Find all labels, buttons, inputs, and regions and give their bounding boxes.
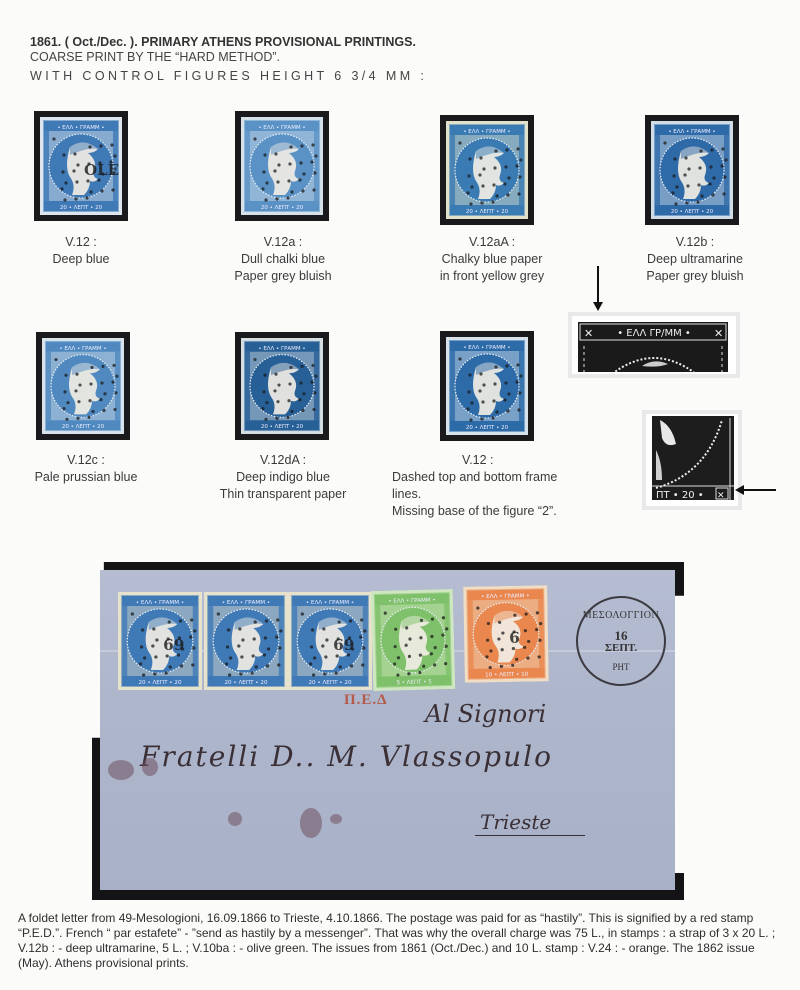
svg-text:20 • ΛΕΠΤ • 20: 20 • ΛΕΠΤ • 20 [60, 205, 103, 211]
svg-text:• ΕΛΛ ΓΡ/ΜΜ •: • ΕΛΛ ΓΡ/ΜΜ • [617, 328, 691, 339]
down-arrow-icon [597, 266, 599, 303]
address-city: Trieste [480, 810, 551, 834]
stamp-caption: V.12b : Deep ultramarine Paper grey blui… [610, 234, 780, 285]
address-line-1: Al Signori [425, 700, 546, 728]
svg-text:OLE: OLE [84, 161, 119, 179]
svg-text:20 • ΛΕΠΤ • 20: 20 • ΛΕΠΤ • 20 [224, 680, 268, 686]
svg-text:• ΕΛΛ • ΓΡΑΜΜ •: • ΕΛΛ • ΓΡΑΜΜ • [306, 600, 354, 606]
address-line-2: Fratelli D.. M. Vlassopulo [140, 740, 553, 773]
city-underline [475, 835, 585, 836]
stamp-mount: • ΕΛΛ • ΓΡΑΜΜ • 20 • ΛΕΠΤ • 20 [235, 332, 329, 440]
cover-stamp: • ΕΛΛ • ΓΡΑΜΜ • 20 • ΛΕΠΤ • 20 [204, 592, 288, 690]
cover-stamp: • ΕΛΛ • ΓΡΑΜΜ • 20 • ΛΕΠΤ • 20 69 [118, 592, 202, 690]
stamp-mount: • ΕΛΛ • ΓΡΑΜΜ • 20 • ΛΕΠΤ • 20 OLE [34, 111, 128, 221]
stamp-image: • ΕΛΛ • ΓΡΑΜΜ • 20 • ΛΕΠΤ • 20 [241, 117, 323, 215]
page-header: 1861. ( Oct./Dec. ). PRIMARY ATHENS PROV… [30, 35, 427, 84]
svg-text:20 • ΛΕΠΤ • 20: 20 • ΛΕΠΤ • 20 [308, 680, 352, 686]
stamp-mount: • ΕΛΛ • ΓΡΑΜΜ • 20 • ΛΕΠΤ • 20 [36, 332, 130, 440]
header-title: 1861. ( Oct./Dec. ). PRIMARY ATHENS PROV… [30, 35, 427, 50]
stamp-caption: V.12aA : Chalky blue paper in front yell… [407, 234, 577, 285]
svg-text:• ΕΛΛ • ΓΡΑΜΜ •: • ΕΛΛ • ΓΡΑΜΜ • [668, 129, 715, 135]
svg-text:69: 69 [163, 636, 184, 654]
ped-red-stamp: Π.Ε.Δ [344, 692, 388, 709]
cover-stamp: • ΕΛΛ • ΓΡΑΜΜ • 10 • ΛΕΠΤ • 10 6 [463, 585, 549, 682]
detail-bottom-frame: ПΤ • 20 • ✕ [642, 410, 742, 510]
stamp-image: • ΕΛΛ • ΓΡΑΜΜ • 20 • ΛΕΠΤ • 20 [42, 338, 124, 434]
svg-text:✕: ✕ [717, 491, 725, 501]
svg-text:20 • ΛΕΠΤ • 20: 20 • ΛΕΠΤ • 20 [466, 209, 509, 215]
stamp-mount: • ΕΛΛ • ΓΡΑΜΜ • 20 • ΛΕΠΤ • 20 [235, 111, 329, 221]
svg-text:10 • ΛΕΠΤ • 10: 10 • ΛΕΠΤ • 10 [485, 672, 529, 679]
stamp-caption: V.12dA : Deep indigo blue Thin transpare… [198, 452, 368, 503]
ink-stain [330, 814, 342, 824]
svg-text:• ΕΛΛ • ΓΡΑΜΜ •: • ΕΛΛ • ΓΡΑΜΜ • [59, 346, 106, 352]
svg-text:20 • ΛΕΠΤ • 20: 20 • ΛΕΠΤ • 20 [261, 424, 304, 430]
detail-top-frame: ✕ ✕ • ΕΛΛ ΓΡ/ΜΜ • [568, 312, 740, 378]
svg-text:5 • ΛΕΠΤ • 5: 5 • ΛΕΠΤ • 5 [396, 679, 432, 686]
svg-text:• ΕΛΛ • ΓΡΑΜΜ •: • ΕΛΛ • ΓΡΑΜΜ • [388, 598, 435, 605]
ink-stain [300, 808, 322, 838]
stamp-caption: V.12 : Deep blue [0, 234, 166, 268]
svg-text:20 • ΛΕΠΤ • 20: 20 • ΛΕΠΤ • 20 [671, 209, 714, 215]
svg-text:• ΕΛΛ • ΓΡΑΜΜ •: • ΕΛΛ • ΓΡΑΜΜ • [481, 593, 530, 600]
svg-text:20 • ΛΕΠΤ • 20: 20 • ΛΕΠΤ • 20 [466, 425, 509, 431]
stamp-mount: • ΕΛΛ • ΓΡΑΜΜ • 20 • ΛΕΠΤ • 20 [440, 115, 534, 225]
stamp-image: • ΕΛΛ • ΓΡΑΜΜ • 20 • ΛΕΠΤ • 20 [241, 338, 323, 434]
postmark-mesologion: ΜΕΣΟΛΟΓΓΙΟΝ 16 ΣΕΠΤ. ΡΗΤ [576, 596, 666, 686]
stamp-caption: V.12c : Pale prussian blue [1, 452, 171, 486]
cover-stamp: • ΕΛΛ • ΓΡΑΜΜ • 5 • ΛΕΠΤ • 5 [371, 589, 456, 691]
ink-stain [108, 760, 134, 780]
svg-text:ПΤ • 20 •: ПΤ • 20 • [656, 490, 704, 501]
svg-text:• ΕΛΛ • ΓΡΑΜΜ •: • ΕΛΛ • ΓΡΑΜΜ • [57, 125, 104, 131]
svg-text:• ΕΛΛ • ΓΡΑΜΜ •: • ΕΛΛ • ΓΡΑΜΜ • [258, 125, 305, 131]
svg-text:✕: ✕ [714, 327, 723, 340]
svg-text:6: 6 [509, 629, 520, 647]
svg-text:• ΕΛΛ • ΓΡΑΜΜ •: • ΕΛΛ • ΓΡΑΜΜ • [222, 600, 270, 606]
svg-text:20 • ΛΕΠΤ • 20: 20 • ΛΕΠΤ • 20 [261, 205, 304, 211]
svg-text:20 • ΛΕΠΤ • 20: 20 • ΛΕΠΤ • 20 [138, 680, 182, 686]
stamp-image: • ΕΛΛ • ΓΡΑΜΜ • 20 • ΛΕΠΤ • 20 [446, 121, 528, 219]
stamp-image: • ΕΛΛ • ΓΡΑΜΜ • 20 • ΛΕΠΤ • 20 [446, 337, 528, 435]
stamp-image: • ΕΛΛ • ΓΡΑΜΜ • 20 • ΛΕΠΤ • 20 OLE [40, 117, 122, 215]
stamp-image: • ΕΛΛ • ΓΡΑΜΜ • 20 • ΛΕΠΤ • 20 [651, 121, 733, 219]
cover-description: A foldet letter from 49-Mesologioni, 16.… [18, 911, 788, 971]
header-subtitle: COARSE PRINT BY THE “HARD METHOD”. [30, 50, 427, 65]
left-arrow-icon [744, 489, 776, 491]
svg-text:20 • ΛΕΠΤ • 20: 20 • ΛΕΠΤ • 20 [62, 424, 105, 430]
stamp-mount: • ΕΛΛ • ΓΡΑΜΜ • 20 • ΛΕΠΤ • 20 [440, 331, 534, 441]
ink-stain [142, 758, 158, 776]
svg-text:• ΕΛΛ • ΓΡΑΜΜ •: • ΕΛΛ • ΓΡΑΜΜ • [258, 346, 305, 352]
svg-text:• ΕΛΛ • ΓΡΑΜΜ •: • ΕΛΛ • ΓΡΑΜΜ • [463, 345, 510, 351]
svg-text:• ΕΛΛ • ΓΡΑΜΜ •: • ΕΛΛ • ΓΡΑΜΜ • [136, 600, 184, 606]
stamp-mount: • ΕΛΛ • ΓΡΑΜΜ • 20 • ΛΕΠΤ • 20 [645, 115, 739, 225]
svg-text:69: 69 [333, 636, 354, 654]
svg-text:✕: ✕ [584, 327, 593, 340]
stamp-caption: V.12a : Dull chalki blue Paper grey blui… [198, 234, 368, 285]
cover-stamp: • ΕΛΛ • ΓΡΑΜΜ • 20 • ΛΕΠΤ • 20 69 [288, 592, 372, 690]
ink-stain [228, 812, 242, 826]
svg-text:• ΕΛΛ • ΓΡΑΜΜ •: • ΕΛΛ • ΓΡΑΜΜ • [463, 129, 510, 135]
cover-letter: • ΕΛΛ • ΓΡΑΜΜ • 20 • ΛΕΠΤ • 20 69 • ΕΛΛ … [100, 570, 675, 890]
header-control-figures: WITH CONTROL FIGURES HEIGHT 6 3/4 MM : [30, 69, 427, 84]
stamp-caption: V.12 : Dashed top and bottom frame lines… [392, 452, 592, 520]
